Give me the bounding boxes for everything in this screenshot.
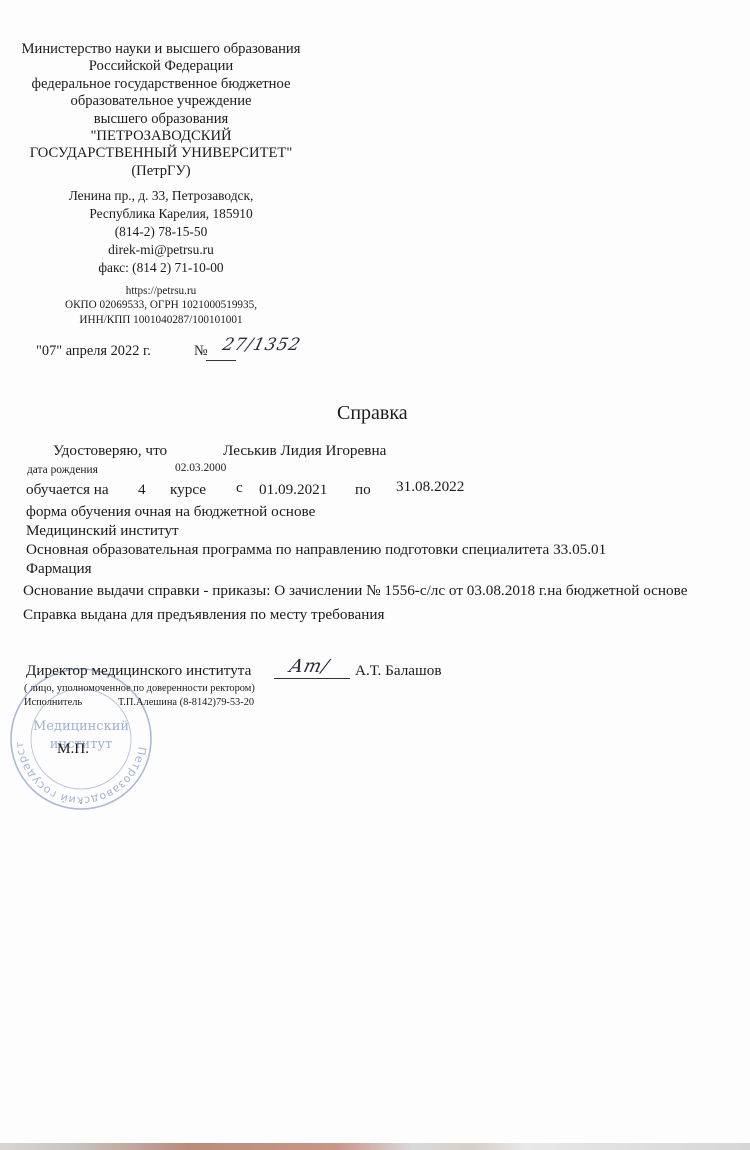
issue-date: "07" апреля 2022 г. xyxy=(36,343,151,360)
email: direk-mi@petrsu.ru xyxy=(0,240,322,259)
from-date: 01.09.2021 xyxy=(259,481,327,499)
studies-label: обучается на xyxy=(26,481,109,499)
course-number: 4 xyxy=(138,481,146,499)
fax: факс: (814 2) 71-10-00 xyxy=(0,258,322,277)
stamp-center-line-1: Медицинский xyxy=(33,719,129,734)
to-label: по xyxy=(355,481,371,499)
svg-text:•: • xyxy=(80,799,83,808)
executor-contact: Т.П.Алешина (8-8142)79-53-20 xyxy=(118,697,254,708)
birth-date-label: дата рождения xyxy=(27,464,98,476)
ministry-line-1: Министерство науки и высшего образования xyxy=(0,41,322,58)
education-program: Основная образовательная программа по на… xyxy=(26,541,606,559)
handwritten-signature: Am/ xyxy=(287,656,331,677)
institute: Медицинский институт xyxy=(26,522,179,540)
document-title: Справка xyxy=(337,402,408,425)
inn-kpp: ИНН/КПП 1001040287/100101001 xyxy=(0,313,322,327)
signer-position: Директор медицинского института xyxy=(26,662,251,680)
seal-place-label: М.П. xyxy=(57,740,89,758)
website: https://petrsu.ru xyxy=(0,284,322,298)
birth-date: 02.03.2000 xyxy=(175,462,226,474)
ministry-line-2: Российской Федерации xyxy=(0,58,322,75)
university-abbr: (ПетрГУ) xyxy=(0,163,322,180)
specialty: Фармация xyxy=(26,560,92,578)
university-name-line-2: ГОСУДАРСТВЕННЫЙ УНИВЕРСИТЕТ" xyxy=(0,145,322,162)
number-underline xyxy=(206,360,236,361)
to-date: 31.08.2022 xyxy=(396,478,464,496)
photo-background-edge xyxy=(0,1143,750,1150)
handwritten-number: 27/1352 xyxy=(221,335,304,355)
address: Ленина пр., д. 33, Петрозаводск, xyxy=(0,186,322,205)
executor-label: Исполнитель xyxy=(24,697,82,708)
institution-type-line-2: образовательное учреждение xyxy=(0,93,322,110)
signature-line xyxy=(274,678,350,679)
issuance-purpose: Справка выдана для предъявления по месту… xyxy=(23,606,384,624)
from-label: с xyxy=(236,479,243,497)
number-label: № xyxy=(194,343,208,360)
student-name: Леськив Лидия Игоревна xyxy=(223,442,386,460)
region: Республика Карелия, 185910 xyxy=(10,204,332,223)
study-form: форма обучения очная на бюджетной основе xyxy=(26,503,315,521)
institution-type-line-1: федеральное государственное бюджетное xyxy=(0,76,322,93)
signer-name: А.Т. Балашов xyxy=(355,662,442,680)
phone: (814-2) 78-15-50 xyxy=(0,222,322,241)
authority-note: ( лицо, уполномоченное по доверенности р… xyxy=(24,683,255,694)
course-label: курсе xyxy=(170,481,206,499)
university-name-line-1: "ПЕТРОЗАВОДСКИЙ xyxy=(0,128,322,145)
certify-label: Удостоверяю, что xyxy=(53,442,167,460)
issuance-basis: Основание выдачи справки - приказы: О за… xyxy=(23,582,687,600)
institution-type-line-3: высшего образования xyxy=(0,111,322,128)
okpo-ogrn: ОКПО 02069533, ОГРН 1021000519935, xyxy=(0,298,322,312)
